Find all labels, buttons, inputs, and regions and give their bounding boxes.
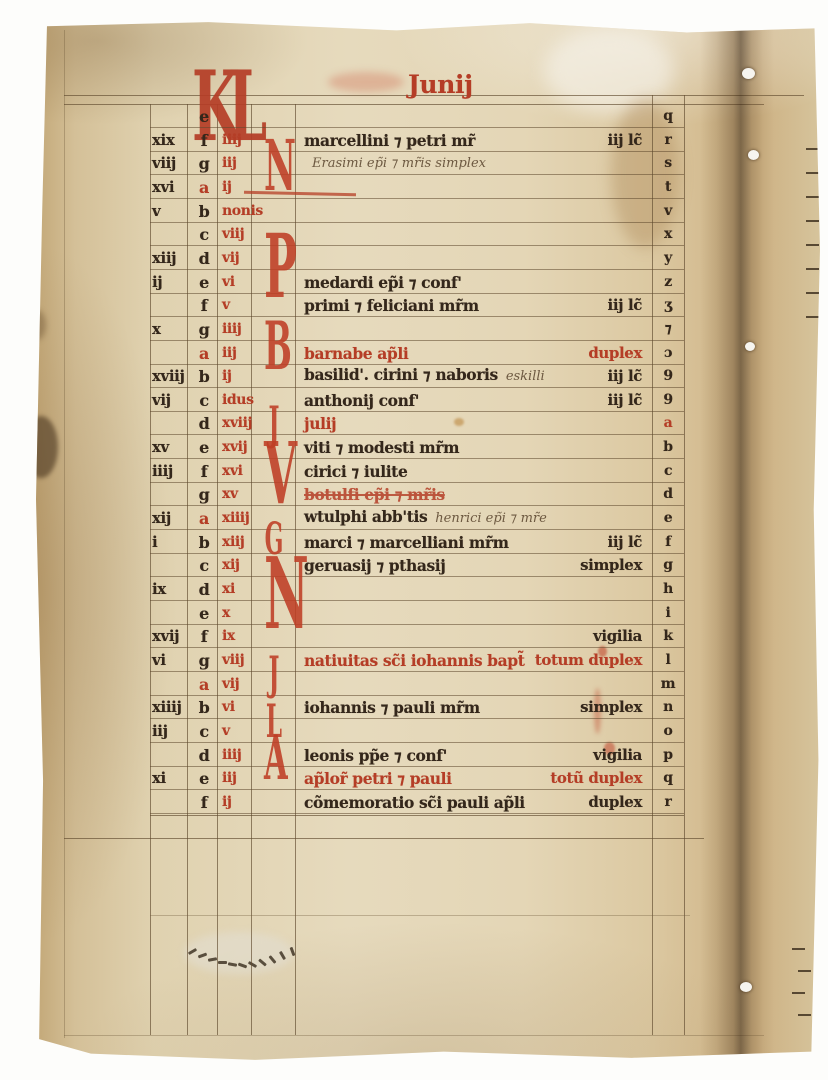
quire-letter: g [652,555,684,576]
dominical-letter: c [192,721,216,742]
feast-name: anthonij conf' [304,391,419,410]
stitch-mark [258,959,267,967]
calendar-row: fvprimi ⁊ feliciani mr̃miij lc̃ʒ [150,293,684,317]
calendar-row: xgiiij⁊ [150,317,684,341]
grade: duplex [430,792,642,813]
dominical-letter: b [192,697,216,718]
calendar-row: xiijdvijy [150,246,684,270]
dominical-letter: c [192,224,216,245]
feast-entry: Erasimi ep̃i ⁊ mr̃is simplex [304,151,486,174]
stitched-repair [184,932,294,974]
dominical-letter: f [192,130,216,151]
quire-letter: y [652,248,684,269]
quire-letter: k [652,626,684,647]
dominical-letter: e [192,768,216,789]
feast-entry: viti ⁊ modesti mr̃m [304,437,459,458]
quire-letter: o [652,721,684,742]
feast-entry: botulfi ep̃i ⁊ mr̃is [304,484,445,505]
calendar-row: ijevimedardi ep̃i ⁊ conf'z [150,270,684,294]
dominical-letter: d [192,248,216,269]
stain [544,28,674,113]
quire-letter: s [652,153,684,174]
later-addition: henrici ep̃i ⁊ mr̃e [435,511,547,526]
calendar-row: vbnonisv [150,199,684,223]
calendar-row: iiijfxvicirici ⁊ iulitec [150,459,684,483]
quire-letter: t [652,177,684,198]
ruling-line [684,95,685,1035]
grade: iij lc̃ [430,532,642,553]
golden-number: ix [152,579,188,600]
sewing-hole [740,982,752,992]
later-addition: Erasimi ep̃i ⁊ mr̃is simplex [312,156,486,171]
grade: totum duplex [430,650,642,671]
calendar-row: xvexvijviti ⁊ modesti mr̃mb [150,435,684,459]
golden-number: ij [152,272,188,293]
ruling-line [150,815,684,816]
calendar-row: vigviijnatiuitas sc̃i iohannis bapt̃totu… [150,648,684,672]
calendar-row: xviaijt [150,175,684,199]
ruling-line [64,838,704,839]
decorated-initial: N [264,542,284,648]
roman-day-count: ij [222,792,312,813]
golden-number: xviij [152,366,188,387]
dominical-letter: f [192,295,216,316]
binding-tick [792,948,805,950]
quire-letter: n [652,697,684,718]
calendar-row: cxijgeruasij ⁊ pthasijsimplexg [150,553,684,577]
dominical-letter: c [192,555,216,576]
calendar-row: xijaxiiijwtulphi abb'tishenrici ep̃i ⁊ m… [150,506,684,530]
calendar-row: xviijbijbasilid'. cirini ⁊ naboriseskill… [150,364,684,388]
feast-name: wtulphi abb'tis [304,507,427,526]
feast-entry: medardi ep̃i ⁊ conf' [304,272,462,293]
grade: vigilia [430,626,642,647]
golden-number: iij [152,721,188,742]
dominical-letter: a [192,508,216,529]
calendar-row: diiijleonis pp̃e ⁊ conf'vigiliap [150,743,684,767]
grade: simplex [430,697,642,718]
dominical-letter: d [192,413,216,434]
feast-name: barnabe ap̃li [304,344,408,363]
dominical-letter: f [192,792,216,813]
stitch-mark [228,963,237,968]
decorated-initial: V [264,428,284,520]
feast-entry: wtulphi abb'tishenrici ep̃i ⁊ mr̃e [304,506,547,529]
grade: duplex [430,343,642,364]
feast-name: leonis pp̃e ⁊ conf' [304,746,447,765]
quire-letter: c [652,461,684,482]
dominical-letter: b [192,201,216,222]
calendar-row: ixdxih [150,577,684,601]
binding-tick [806,292,819,294]
decorated-initial: J [264,648,284,698]
decorated-initial: P [264,218,284,314]
quire-letter: r [652,130,684,151]
quire-letter: r [652,792,684,813]
golden-number: xiiij [152,697,188,718]
dominical-letter: b [192,366,216,387]
stitch-mark [198,953,207,959]
golden-number: xvij [152,626,188,647]
month-title: Junij [408,70,473,99]
quire-letter: v [652,201,684,222]
manuscript-photo: KL Junij eqxixfiiijmarcellini ⁊ petri mr… [0,0,828,1080]
ruling-line [64,1035,764,1036]
quire-letter: q [652,106,684,127]
golden-number: vi [152,650,188,671]
grade: simplex [430,555,642,576]
gutter-fold [700,20,774,1062]
binding-tick [806,268,819,270]
grade: iij lc̃ [430,390,642,411]
feast-name: cirici ⁊ iulite [304,462,407,481]
quire-letter: i [652,603,684,624]
golden-number: xi [152,768,188,789]
calendar-row: cviijx [150,222,684,246]
dominical-letter: e [192,272,216,293]
stain [24,416,58,478]
feast-name: medardi ep̃i ⁊ conf' [304,273,462,292]
binding-tick [806,196,819,198]
calendar-row: eq [150,104,684,128]
stitch-mark [218,961,227,964]
golden-number: viij [152,153,188,174]
feast-entry: anthonij conf' [304,390,419,411]
binding-tick [798,1014,811,1016]
golden-number: i [152,532,188,553]
feast-entry: barnabe ap̃li [304,343,408,364]
binding-tick [798,970,811,972]
quire-letter: e [652,508,684,529]
binding-tick [806,220,819,222]
dominical-letter: a [192,674,216,695]
stitch-mark [188,948,197,955]
quire-letter: f [652,532,684,553]
calendar-row: ibxiijmarci ⁊ marcelliani mr̃miij lc̃f [150,530,684,554]
grade: totũ duplex [430,768,642,789]
dominical-letter: f [192,461,216,482]
calendar-row: fijcõmemoratio sc̃i pauli ap̃liduplexr [150,790,684,814]
grade: iij lc̃ [430,130,642,151]
calendar-row: dxviijjulija [150,411,684,435]
parchment-page: KL Junij eqxixfiiijmarcellini ⁊ petri mr… [36,20,820,1062]
calendar-row: gxvbotulfi ep̃i ⁊ mr̃isd [150,482,684,506]
golden-number: xv [152,437,188,458]
binding-tick [792,992,805,994]
quire-letter: z [652,272,684,293]
feast-name: geruasij ⁊ pthasij [304,556,445,575]
calendar-row: viijgiijErasimi ep̃i ⁊ mr̃is simplexs [150,151,684,175]
golden-number: iiij [152,461,188,482]
binding-tick [806,316,819,318]
dominical-letter: a [192,343,216,364]
ruling-line [64,30,65,1038]
calendar-row: xiiijbviiohannis ⁊ pauli mr̃msimplexn [150,695,684,719]
calendar-row: aiijbarnabe ap̃liduplexɔ [150,341,684,365]
quire-letter: x [652,224,684,245]
stain [328,72,404,92]
feast-entry: julij [304,413,336,434]
grade: iij lc̃ [430,366,642,387]
quire-letter: p [652,745,684,766]
dominical-letter: g [192,484,216,505]
golden-number: xvi [152,177,188,198]
calendar-row: xieiijap̃lor̃ petri ⁊ paulitotũ duplexq [150,766,684,790]
calendar-row: vijcidusanthonij conf'iij lc̃9 [150,388,684,412]
binding-tick [806,244,819,246]
ruling-line [150,915,690,916]
stitch-mark [268,955,276,964]
grade: vigilia [430,745,642,766]
calendar-row: exi [150,601,684,625]
decorated-initial: N [264,128,284,204]
decorated-initial: B [264,310,284,382]
quire-letter: h [652,579,684,600]
feast-entry: geruasij ⁊ pthasij [304,555,445,576]
quire-letter: ʒ [652,295,684,316]
stitch-mark [208,957,217,962]
quire-letter: d [652,484,684,505]
dominical-letter: e [192,106,216,127]
sewing-hole [742,68,755,79]
dominical-letter: f [192,626,216,647]
golden-number: v [152,201,188,222]
feast-name: viti ⁊ modesti mr̃m [304,438,459,457]
quire-letter: b [652,437,684,458]
calendar-row: avijm [150,672,684,696]
dominical-letter: e [192,603,216,624]
binding-tick [806,172,819,174]
calendar-row: iijcvo [150,719,684,743]
dominical-letter: d [192,745,216,766]
quire-letter: ⁊ [652,319,684,340]
sewing-hole [745,342,755,351]
stain [28,310,46,340]
stitch-mark [238,963,247,969]
dominical-letter: d [192,579,216,600]
quire-letter: q [652,768,684,789]
feast-entry: cirici ⁊ iulite [304,461,407,482]
binding-tick [806,148,819,150]
dominical-letter: g [192,153,216,174]
dominical-letter: g [192,319,216,340]
dominical-letter: c [192,390,216,411]
quire-letter: 9 [652,390,684,411]
dominical-letter: a [192,177,216,198]
golden-number: xix [152,130,188,151]
golden-number: vij [152,390,188,411]
quire-letter: a [652,413,684,434]
golden-number: xij [152,508,188,529]
calendar-row: xvijfixvigiliak [150,624,684,648]
quire-letter: ɔ [652,343,684,364]
golden-number: xiij [152,248,188,269]
dominical-letter: e [192,437,216,458]
sewing-hole [748,150,759,160]
stitch-mark [279,951,286,960]
golden-number: x [152,319,188,340]
quire-letter: m [652,674,684,695]
calendar-row: xixfiiijmarcellini ⁊ petri mr̃iij lc̃r [150,128,684,152]
grade: iij lc̃ [430,295,642,316]
quire-letter: 9 [652,366,684,387]
feast-entry: leonis pp̃e ⁊ conf' [304,745,447,766]
dominical-letter: b [192,532,216,553]
stitch-mark [248,961,257,968]
feast-name: julij [304,414,336,433]
dominical-letter: g [192,650,216,671]
quire-letter: l [652,650,684,671]
decorated-initial: A [264,726,284,792]
feast-name: botulfi ep̃i ⁊ mr̃is [304,485,445,504]
